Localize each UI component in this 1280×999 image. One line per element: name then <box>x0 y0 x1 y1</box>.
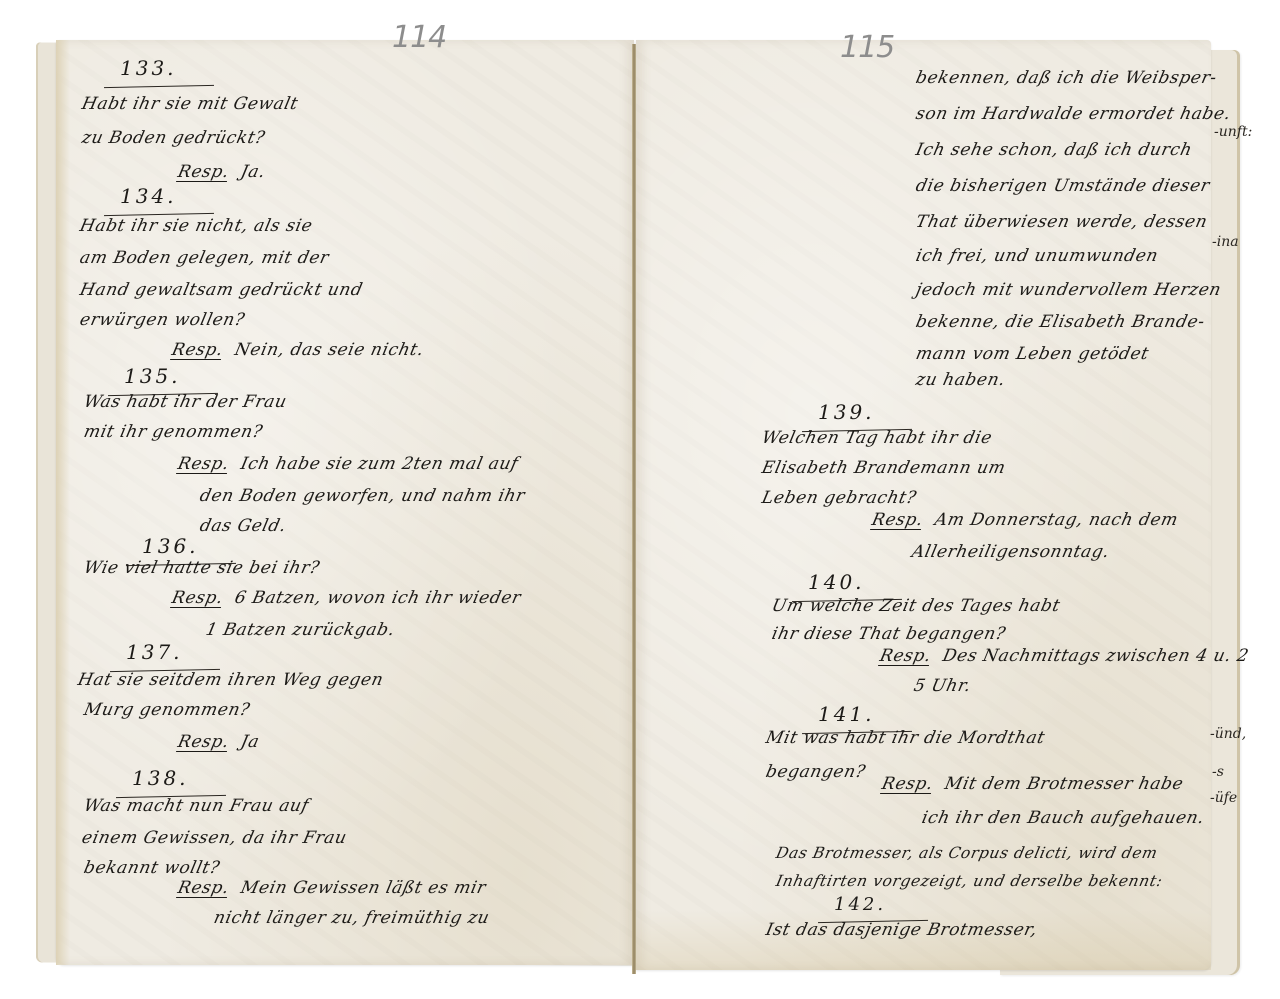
entry-number: 141. <box>818 702 875 726</box>
question-line: Hand gewaltsam gedrückt und <box>78 282 364 299</box>
response-label: Resp. <box>880 774 935 794</box>
margin-fragment: -ina <box>1212 234 1239 250</box>
continuation-line: ich frei, und unumwunden <box>914 248 1160 265</box>
response-text: Ich habe sie zum 2ten mal auf <box>239 454 520 474</box>
response-label: Resp. <box>870 510 925 530</box>
question-line: Habt ihr sie nicht, als sie <box>78 218 314 235</box>
folio-number-right: 115 <box>840 30 894 65</box>
response-line: Resp. Des Nachmittags zwischen 4 u. 2 <box>878 648 1250 665</box>
question-line: zu Boden gedrückt? <box>80 130 266 147</box>
question-line: am Boden gelegen, mit der <box>78 250 330 267</box>
question-line: Wie viel hatte sie bei ihr? <box>82 560 321 577</box>
entry-number: 139. <box>818 400 875 424</box>
response-label: Resp. <box>176 878 231 898</box>
continuation-line: Ich sehe schon, daß ich durch <box>914 142 1194 159</box>
response-label: Resp. <box>170 588 225 608</box>
question-line: Mit was habt ihr die Mordthat <box>764 730 1046 747</box>
response-label: Resp. <box>170 340 225 360</box>
response-text: 6 Batzen, wovon ich ihr wieder <box>233 588 523 608</box>
response-text: Am Donnerstag, nach dem <box>933 510 1180 530</box>
continuation-line: son im Hardwalde ermordet habe. <box>914 106 1232 123</box>
response-label: Resp. <box>176 162 231 182</box>
question-line: Leben gebracht? <box>760 490 918 507</box>
response-line: 5 Uhr. <box>912 678 972 695</box>
response-line: das Geld. <box>198 518 288 535</box>
response-line: den Boden geworfen, und nahm ihr <box>198 488 526 505</box>
question-line: begangen? <box>764 764 867 781</box>
question-line: Ist das dasjenige Brotmesser, <box>764 922 1039 939</box>
continuation-line: bekenne, die Elisabeth Brande- <box>914 314 1206 331</box>
margin-fragment: -ünd, <box>1210 726 1246 742</box>
response-line: Resp. 6 Batzen, wovon ich ihr wieder <box>170 590 522 607</box>
response-label: Resp. <box>878 646 933 666</box>
question-line: mit ihr genommen? <box>82 424 264 441</box>
entry-number: 134. <box>120 184 177 208</box>
question-line: Welchen Tag habt ihr die <box>760 430 993 447</box>
response-line: Resp. Ja. <box>176 164 267 181</box>
response-text: Mit dem Brotmesser habe <box>943 774 1186 794</box>
folio-number-left: 114 <box>392 20 446 55</box>
entry-number: 133. <box>120 56 177 80</box>
response-line: Resp. Ja <box>176 734 261 751</box>
question-line: Um welche Zeit des Tages habt <box>770 598 1061 615</box>
continuation-line: mann vom Leben getödet <box>914 346 1150 363</box>
margin-fragment: -s <box>1212 764 1224 780</box>
question-line: Was macht nun Frau auf <box>82 798 310 815</box>
margin-fragment: -unft: <box>1214 124 1252 140</box>
response-line: ich ihr den Bauch aufgehauen. <box>920 810 1206 827</box>
response-text: Ja. <box>239 162 267 182</box>
response-line: 1 Batzen zurückgab. <box>204 622 396 639</box>
response-line: Resp. Nein, das seie nicht. <box>170 342 425 359</box>
response-text: Mein Gewissen läßt es mir <box>239 878 488 898</box>
note-line: Das Brotmesser, als Corpus delicti, wird… <box>774 846 1159 862</box>
response-line: Allerheiligensonntag. <box>910 544 1111 561</box>
entry-number: 135. <box>124 364 181 388</box>
question-line: erwürgen wollen? <box>78 312 246 329</box>
response-line: Resp. Am Donnerstag, nach dem <box>870 512 1179 529</box>
question-line: Hat sie seitdem ihren Weg gegen <box>76 672 385 689</box>
question-line: Habt ihr sie mit Gewalt <box>80 96 299 113</box>
response-line: nicht länger zu, freimüthig zu <box>212 910 491 927</box>
margin-fragment: -üfe <box>1210 790 1237 806</box>
continuation-line: jedoch mit wundervollem Herzen <box>914 282 1223 299</box>
response-line: Resp. Mein Gewissen läßt es mir <box>176 880 487 897</box>
response-text: Des Nachmittags zwischen 4 u. 2 <box>941 646 1251 666</box>
question-line: Was habt ihr der Frau <box>82 394 288 411</box>
continuation-line: bekennen, daß ich die Weibsper- <box>914 70 1218 87</box>
open-manuscript-book: 114 133. Habt ihr sie mit Gewalt zu Bode… <box>0 0 1280 999</box>
continuation-line: That überwiesen werde, dessen <box>914 214 1209 231</box>
continuation-line: die bisherigen Umstände dieser <box>914 178 1211 195</box>
question-line: einem Gewissen, da ihr Frau <box>80 830 348 847</box>
question-line: Elisabeth Brandemann um <box>760 460 1007 477</box>
response-label: Resp. <box>176 454 231 474</box>
entry-number: 136. <box>142 534 199 558</box>
response-text: Nein, das seie nicht. <box>233 340 426 360</box>
response-line: Resp. Mit dem Brotmesser habe <box>880 776 1185 793</box>
entry-number: 140. <box>808 570 865 594</box>
question-line: bekannt wollt? <box>82 860 221 877</box>
continuation-line: zu haben. <box>914 372 1007 389</box>
entry-number: 137. <box>126 640 183 664</box>
question-line: ihr diese That begangen? <box>770 626 1007 643</box>
response-line: Resp. Ich habe sie zum 2ten mal auf <box>176 456 520 473</box>
response-label: Resp. <box>176 732 231 752</box>
note-line: Inhaftirten vorgezeigt, und derselbe bek… <box>774 874 1164 890</box>
entry-number: 142. <box>834 894 886 915</box>
entry-number: 138. <box>132 766 189 790</box>
question-line: Murg genommen? <box>82 702 251 719</box>
